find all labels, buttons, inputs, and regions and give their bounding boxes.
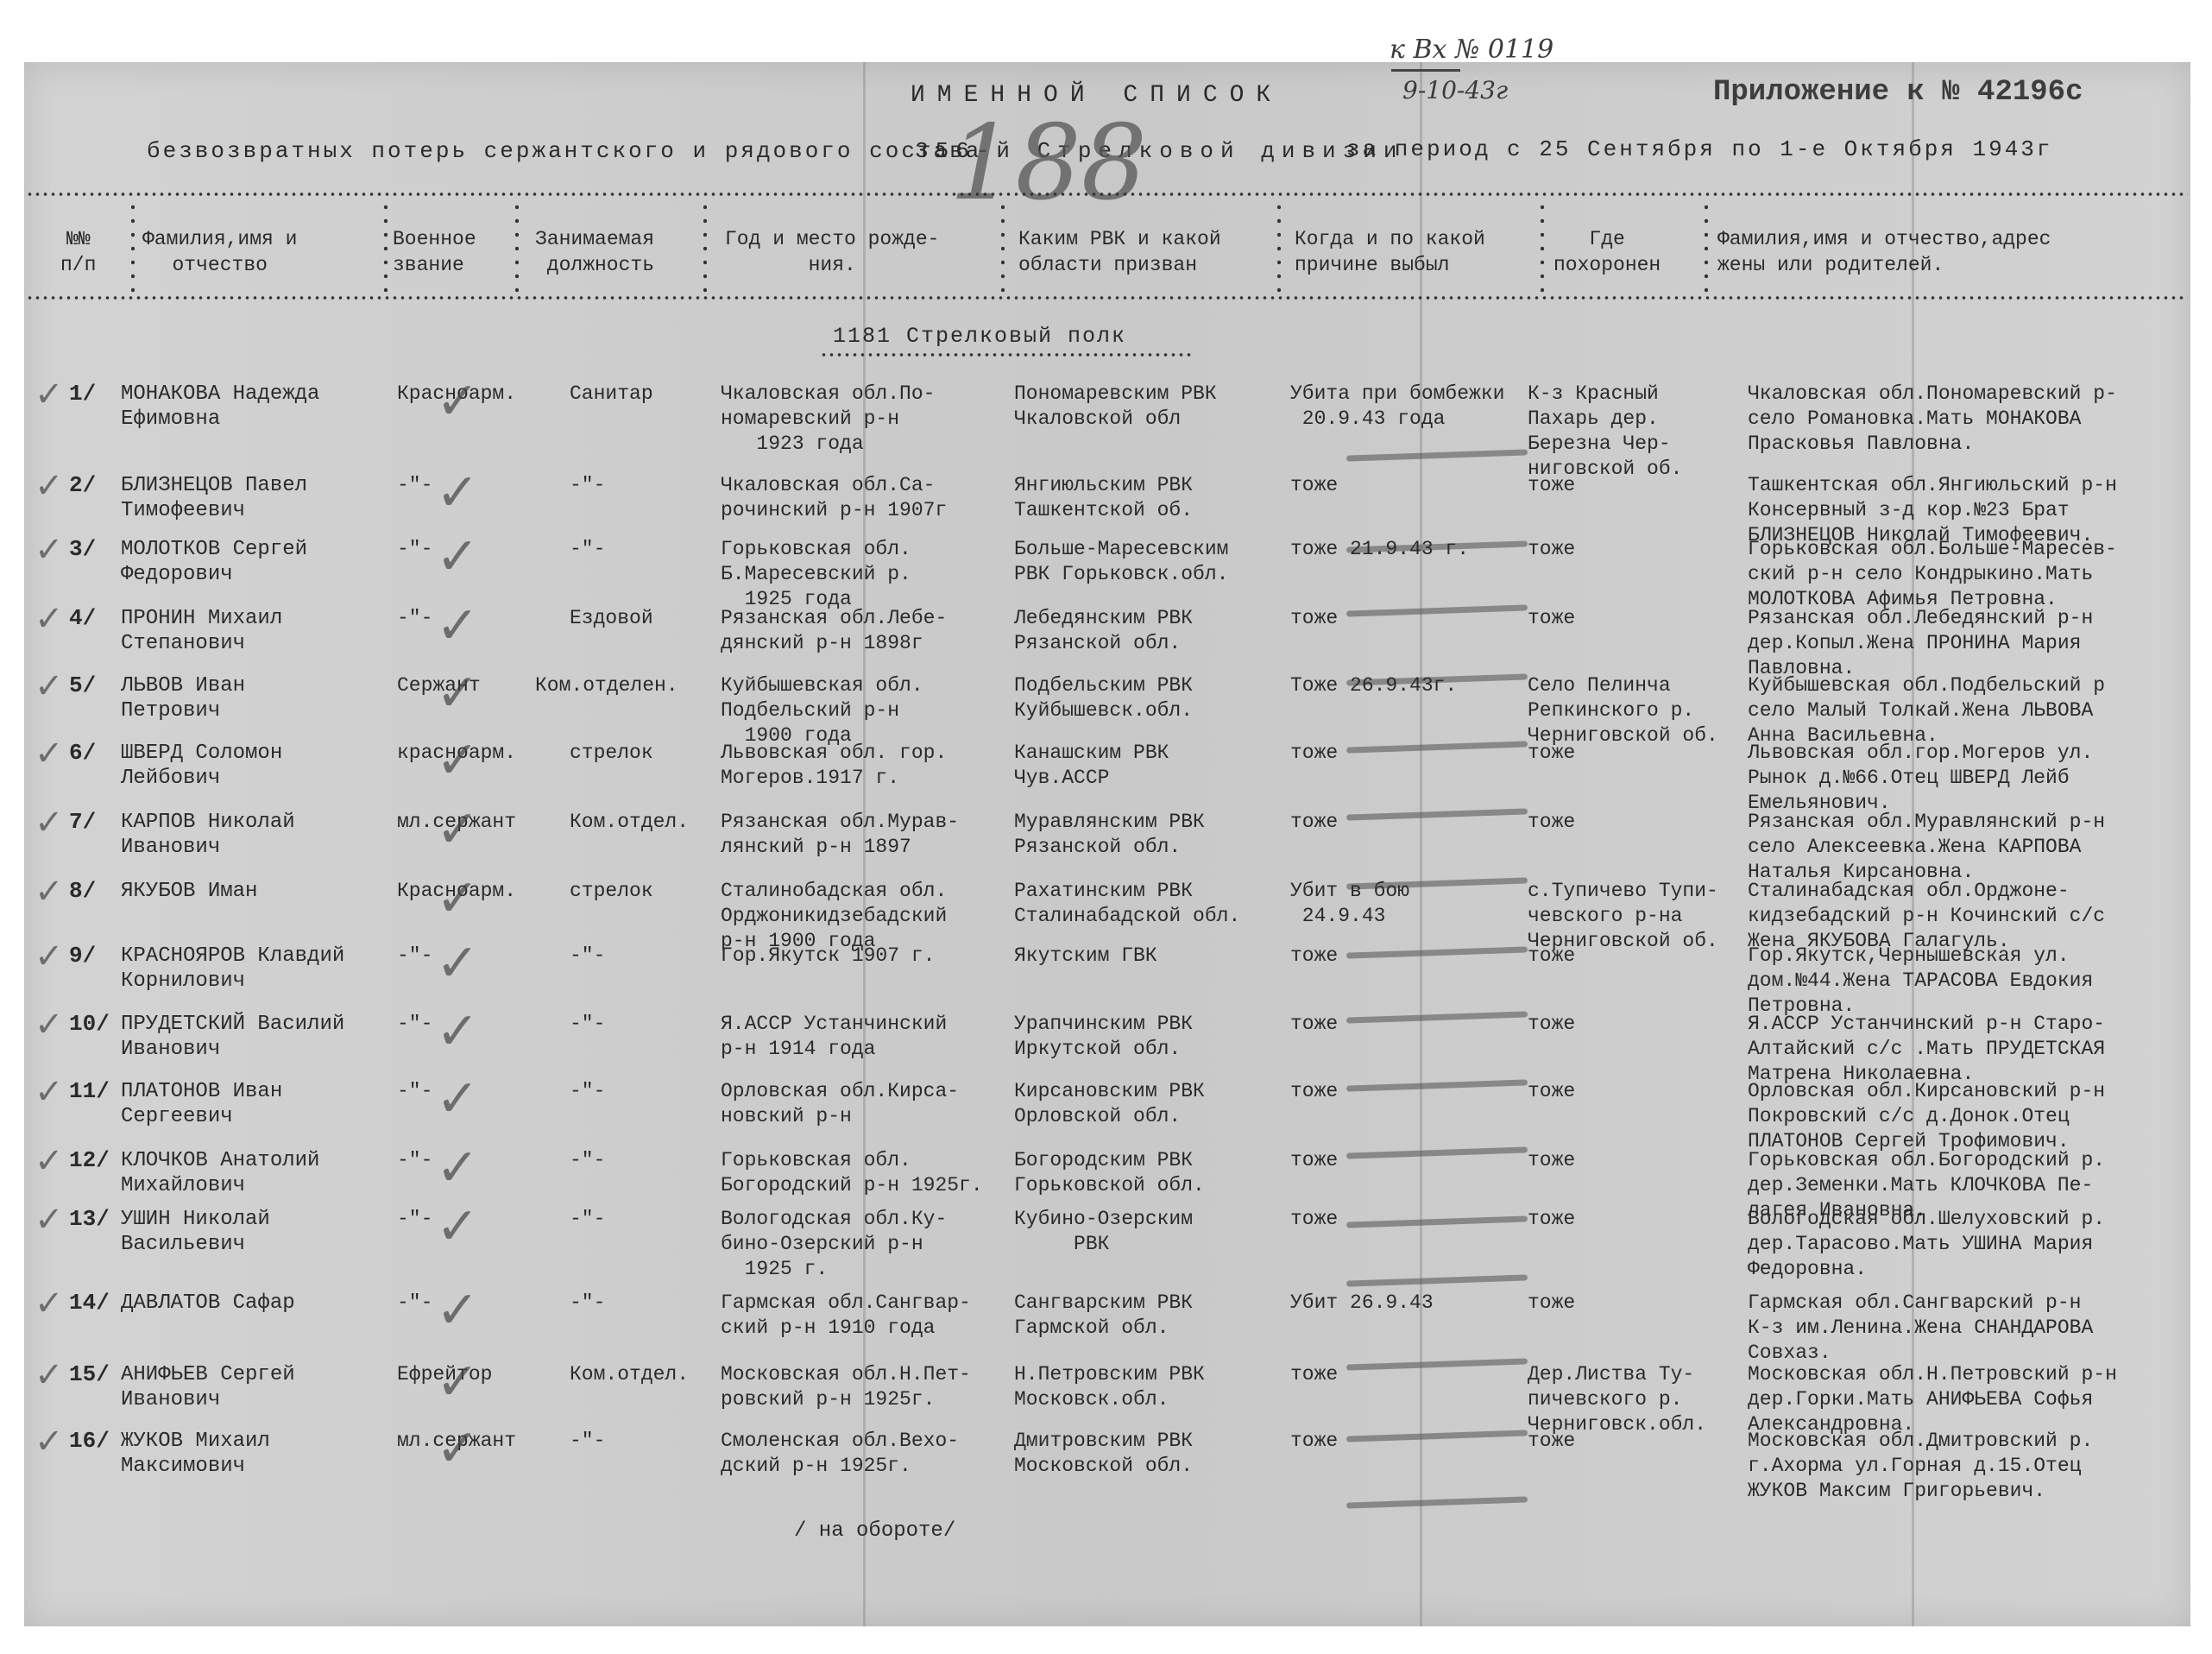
burial-place: тоже <box>1528 473 1575 498</box>
relatives-address: Рязанская обл.Лебедянский р-н дер.Копыл.… <box>1748 606 2093 681</box>
check-mark-icon: ✓ <box>436 596 479 656</box>
soldier-name: КАРПОВ Николай Иванович <box>121 810 295 860</box>
burial-place: тоже <box>1528 606 1575 631</box>
soldier-name: КРАСНОЯРОВ Клавдий Корнилович <box>121 944 344 994</box>
relatives-address: Львовская обл.гор.Могеров ул. Рынок д.№6… <box>1748 741 2093 816</box>
death-reason: тоже 21.9.43 г. <box>1290 537 1469 562</box>
col-header-number: №№ п/п <box>60 226 96 278</box>
draft-office: Муравлянским РВК Рязанской обл. <box>1014 810 1205 860</box>
death-reason: тоже <box>1290 1012 1338 1037</box>
check-mark-icon: ✓ <box>35 734 64 773</box>
birth-info: Сталинобадская обл. Орджоникидзебадский … <box>721 879 947 954</box>
burial-place: тоже <box>1528 1429 1575 1454</box>
col-divider <box>1541 200 1544 294</box>
birth-info: Гор.Якутск 1907 г. <box>721 944 935 969</box>
burial-place: тоже <box>1528 537 1575 562</box>
row-number: 12/ <box>69 1148 110 1173</box>
check-mark-icon: ✓ <box>35 872 64 912</box>
check-mark-icon: ✓ <box>35 1141 64 1181</box>
soldier-name: АНИФЬЕВ Сергей Иванович <box>121 1362 295 1412</box>
row-number: 1/ <box>69 382 96 407</box>
position: -"- <box>570 1207 605 1232</box>
draft-office: Дмитровским РВК Московской обл. <box>1014 1429 1193 1479</box>
incoming-ref-number: к Вх № 0119 <box>1390 35 1553 65</box>
check-mark-icon: ✓ <box>436 371 479 432</box>
relatives-address: Московская обл.Дмитровский р. г.Ахорма у… <box>1748 1429 2093 1504</box>
draft-office: Рахатинским РВК Сталинабадской обл. <box>1014 879 1240 929</box>
col-divider <box>1277 200 1281 294</box>
draft-office: Подбельским РВК Куйбышевск.обл. <box>1014 673 1193 723</box>
position: Ком.отдел. <box>570 810 689 835</box>
header-top-rule <box>26 192 2188 197</box>
birth-info: Куйбышевская обл. Подбельский р-н 1900 г… <box>721 673 923 748</box>
appendix-stamp: Приложение к № 42196с <box>1713 76 2083 109</box>
draft-office: Урапчинским РВК Иркутской обл. <box>1014 1012 1193 1062</box>
relatives-address: Куйбышевская обл.Подбельский р село Малы… <box>1748 673 2105 748</box>
relatives-address: Орловская обл.Кирсановский р-н Покровски… <box>1748 1079 2105 1154</box>
relatives-address: Рязанская обл.Муравлянский р-н село Алек… <box>1748 810 2105 885</box>
birth-info: Вологодская обл.Ку- бино-Озерский р-н 19… <box>721 1207 947 1282</box>
row-number: 11/ <box>69 1079 110 1104</box>
military-rank: -"- <box>397 1291 432 1316</box>
draft-office: Кубино-Озерским РВК <box>1014 1207 1193 1257</box>
soldier-name: ПРОНИН Михаил Степанович <box>121 606 282 656</box>
death-reason: Убит 26.9.43 <box>1290 1291 1434 1316</box>
draft-office: Кирсановским РВК Орловской обл. <box>1014 1079 1205 1129</box>
birth-info: Гармская обл.Сангвар- ский р-н 1910 года <box>721 1291 971 1341</box>
col-header-position: Занимаемая должность <box>535 226 654 278</box>
col-divider <box>1705 200 1708 294</box>
check-mark-icon: ✓ <box>35 599 64 639</box>
military-rank: -"- <box>397 1012 432 1037</box>
death-reason: тоже <box>1290 606 1338 631</box>
birth-info: Рязанская обл.Мурав- лянский р-н 1897 <box>721 810 959 860</box>
birth-info: Я.АССР Устанчинский р-н 1914 года <box>721 1012 947 1062</box>
death-reason: тоже <box>1290 1207 1338 1232</box>
soldier-name: УШИН Николай Васильевич <box>121 1207 270 1257</box>
burial-place: тоже <box>1528 1012 1575 1037</box>
soldier-name: ДАВЛАТОВ Сафар <box>121 1291 295 1316</box>
check-mark-icon: ✓ <box>436 1352 479 1412</box>
birth-info: Смоленская обл.Вехо- дский р-н 1925г. <box>721 1429 959 1479</box>
death-reason: тоже <box>1290 1429 1338 1454</box>
col-header-relatives: Фамилия,имя и отчество,адрес жены или ро… <box>1717 226 2051 278</box>
position: -"- <box>570 1079 605 1104</box>
military-rank: -"- <box>397 944 432 969</box>
military-rank: -"- <box>397 1207 432 1232</box>
col-header-reason: Когда и по какой причине выбыл <box>1295 226 1485 278</box>
birth-info: Львовская обл. гор. Могеров.1917 г. <box>721 741 947 791</box>
row-number: 15/ <box>69 1362 110 1387</box>
birth-info: Орловская обл.Кирса- новский р-н <box>721 1079 959 1129</box>
check-mark-icon: ✓ <box>35 1284 64 1323</box>
draft-office: Якутским ГВК <box>1014 944 1157 969</box>
death-reason: тоже <box>1290 473 1338 498</box>
death-reason: тоже <box>1290 1079 1338 1104</box>
soldier-name: ПЛАТОНОВ Иван Сергеевич <box>121 1079 282 1129</box>
soldier-name: ЯКУБОВ Иман <box>121 879 257 904</box>
draft-office: Лебедянским РВК Рязанской обл. <box>1014 606 1193 656</box>
col-header-burial: Где похоронен <box>1553 226 1661 278</box>
check-mark-icon: ✓ <box>436 1138 479 1198</box>
row-number: 13/ <box>69 1207 110 1232</box>
check-mark-icon: ✓ <box>35 937 64 976</box>
death-reason: тоже <box>1290 1362 1338 1387</box>
soldier-name: ПРУДЕТСКИЙ Василий Иванович <box>121 1012 344 1062</box>
position: стрелок <box>570 879 653 904</box>
military-rank: -"- <box>397 1079 432 1104</box>
military-rank: -"- <box>397 606 432 631</box>
col-header-birth: Год и место рожде- ния. <box>725 226 939 278</box>
check-mark-icon: ✓ <box>436 1418 479 1479</box>
check-mark-icon: ✓ <box>35 1422 64 1461</box>
position: Санитар <box>570 382 653 407</box>
death-reason: тоже <box>1290 944 1338 969</box>
military-rank: -"- <box>397 1148 432 1173</box>
row-number: 3/ <box>69 537 96 562</box>
relatives-address: Сталинабадская обл.Орджоне- кидзебадский… <box>1748 879 2105 954</box>
military-rank: -"- <box>397 537 432 562</box>
position: -"- <box>570 1291 605 1316</box>
check-mark-icon: ✓ <box>436 527 479 587</box>
soldier-name: ШВЕРД Соломон Лейбович <box>121 741 282 791</box>
death-reason: Убит в бою 24.9.43 <box>1290 879 1409 929</box>
draft-office: Канашским РВК Чув.АССР <box>1014 741 1169 791</box>
burial-place: К-з Красный Пахарь дер. Березна Чер- ниг… <box>1528 382 1682 482</box>
position: стрелок <box>570 741 653 766</box>
relatives-address: Гармская обл.Сангварский р-н К-з им.Лени… <box>1748 1291 2093 1366</box>
birth-info: Московская обл.Н.Пет- ровский р-н 1925г. <box>721 1362 971 1412</box>
row-number: 9/ <box>69 944 96 969</box>
position: -"- <box>570 1012 605 1037</box>
death-reason: тоже <box>1290 810 1338 835</box>
check-mark-icon: ✓ <box>436 1069 479 1129</box>
row-number: 2/ <box>69 473 96 498</box>
report-period: за период с 25 Сентября по 1-е Октября 1… <box>1346 136 2053 162</box>
soldier-name: ЛЬВОВ Иван Петрович <box>121 673 245 723</box>
col-header-rvk: Каким РВК и какой области призван <box>1018 226 1221 278</box>
draft-office: Сангварским РВК Гармской обл. <box>1014 1291 1193 1341</box>
col-divider <box>515 200 519 294</box>
birth-info: Чкаловская обл.По- номаревский р-н 1923 … <box>721 382 935 457</box>
burial-place: тоже <box>1528 810 1575 835</box>
check-mark-icon: ✓ <box>35 1072 64 1112</box>
check-mark-icon: ✓ <box>35 1355 64 1395</box>
burial-place: тоже <box>1528 944 1575 969</box>
row-number: 6/ <box>69 741 96 766</box>
check-mark-icon: ✓ <box>436 1001 479 1062</box>
check-mark-icon: ✓ <box>35 1200 64 1240</box>
position: Ком.отдел. <box>570 1362 689 1387</box>
check-mark-icon: ✓ <box>436 799 479 860</box>
position: -"- <box>570 537 605 562</box>
soldier-name: БЛИЗНЕЦОВ Павел Тимофеевич <box>121 473 307 523</box>
check-mark-icon: ✓ <box>35 375 64 414</box>
birth-info: Горьковская обл. Богородский р-н 1925г. <box>721 1148 983 1198</box>
relatives-address: Гор.Якутск,Чернышевская ул. дом.№44.Жена… <box>1748 944 2093 1019</box>
check-mark-icon: ✓ <box>35 1005 64 1045</box>
col-divider <box>384 200 388 294</box>
position: -"- <box>570 1429 605 1454</box>
draft-office: Богородским РВК Горьковской обл. <box>1014 1148 1205 1198</box>
burial-place: тоже <box>1528 1291 1575 1316</box>
row-number: 5/ <box>69 673 96 698</box>
row-number: 7/ <box>69 810 96 835</box>
check-mark-icon: ✓ <box>436 730 479 791</box>
check-mark-icon: ✓ <box>436 663 479 723</box>
position: Ездовой <box>570 606 653 631</box>
death-reason: тоже <box>1290 1148 1338 1173</box>
military-rank: -"- <box>397 473 432 498</box>
draft-office: Н.Петровским РВК Московск.обл. <box>1014 1362 1205 1412</box>
burial-place: Дер.Листва Ту- пичевского р. Черниговск.… <box>1528 1362 1706 1437</box>
document-subtitle: безвозвратных потерь сержантского и рядо… <box>147 138 981 164</box>
ref-divider <box>1391 69 1460 72</box>
burial-place: тоже <box>1528 1148 1575 1173</box>
draft-office: Больше-Маресевским РВК Горьковск.обл. <box>1014 537 1228 587</box>
col-header-name: Фамилия,имя и отчество <box>142 226 297 278</box>
burial-place: тоже <box>1528 1207 1575 1232</box>
check-mark-icon: ✓ <box>436 463 479 523</box>
check-mark-icon: ✓ <box>35 666 64 706</box>
relatives-address: Вологодская обл.Шелуховский р. дер.Тарас… <box>1748 1207 2105 1282</box>
check-mark-icon: ✓ <box>436 1196 479 1257</box>
death-reason: тоже <box>1290 741 1338 766</box>
regiment-heading: 1181 Стрелковый полк <box>833 324 1126 349</box>
check-mark-icon: ✓ <box>35 803 64 843</box>
incoming-ref-date: 9-10-43г <box>1402 76 1508 104</box>
col-divider <box>703 200 707 294</box>
soldier-name: МОНАКОВА Надежда Ефимовна <box>121 382 319 432</box>
position: -"- <box>570 944 605 969</box>
relatives-address: Московская обл.Н.Петровский р-н дер.Горк… <box>1748 1362 2117 1437</box>
soldier-name: КЛОЧКОВ Анатолий Михайлович <box>121 1148 319 1198</box>
regiment-underline <box>820 352 1191 357</box>
burial-place: тоже <box>1528 1079 1575 1104</box>
check-mark-icon: ✓ <box>35 466 64 506</box>
continued-overleaf-note: / на обороте/ <box>794 1519 955 1543</box>
birth-info: Рязанская обл.Лебе- дянский р-н 1898г <box>721 606 947 656</box>
soldier-name: МОЛОТКОВ Сергей Федорович <box>121 537 307 587</box>
position: -"- <box>570 1148 605 1173</box>
check-mark-icon: ✓ <box>436 1280 479 1341</box>
burial-place: тоже <box>1528 741 1575 766</box>
check-mark-icon: ✓ <box>436 868 479 929</box>
row-number: 10/ <box>69 1012 110 1037</box>
col-divider <box>1001 200 1005 294</box>
death-reason: Убита при бомбежки 20.9.43 года <box>1290 382 1504 432</box>
birth-info: Горьковская обл. Б.Маресевский р. 1925 г… <box>721 537 911 612</box>
relatives-address: Горьковская обл.Больше-Маресев- ский р-н… <box>1748 537 2117 612</box>
position: Ком.отделен. <box>535 673 678 698</box>
row-number: 16/ <box>69 1429 110 1454</box>
col-divider <box>131 200 135 294</box>
row-number: 4/ <box>69 606 96 631</box>
soldier-name: ЖУКОВ Михаил Максимович <box>121 1429 270 1479</box>
birth-info: Чкаловская обл.Са- рочинский р-н 1907г <box>721 473 947 523</box>
position: -"- <box>570 473 605 498</box>
handwritten-number: 188 <box>949 104 1147 224</box>
row-number: 8/ <box>69 879 96 904</box>
header-bottom-rule <box>26 295 2188 300</box>
burial-place: Село Пелинча Репкинского р. Черниговской… <box>1528 673 1718 748</box>
col-header-rank: Военное звание <box>393 226 476 278</box>
row-number: 14/ <box>69 1291 110 1316</box>
relatives-address: Я.АССР Устанчинский р-н Старо- Алтайский… <box>1748 1012 2105 1087</box>
relatives-address: Чкаловская обл.Пономаревский р- село Ром… <box>1748 382 2117 457</box>
burial-place: с.Тупичево Тупи- чевского р-на Черниговс… <box>1528 879 1718 954</box>
draft-office: Янгиюльским РВК Ташкентской об. <box>1014 473 1193 523</box>
check-mark-icon: ✓ <box>35 530 64 570</box>
death-reason: Тоже 26.9.43г. <box>1290 673 1457 698</box>
draft-office: Пономаревским РВК Чкаловской обл <box>1014 382 1217 432</box>
check-mark-icon: ✓ <box>436 933 479 994</box>
